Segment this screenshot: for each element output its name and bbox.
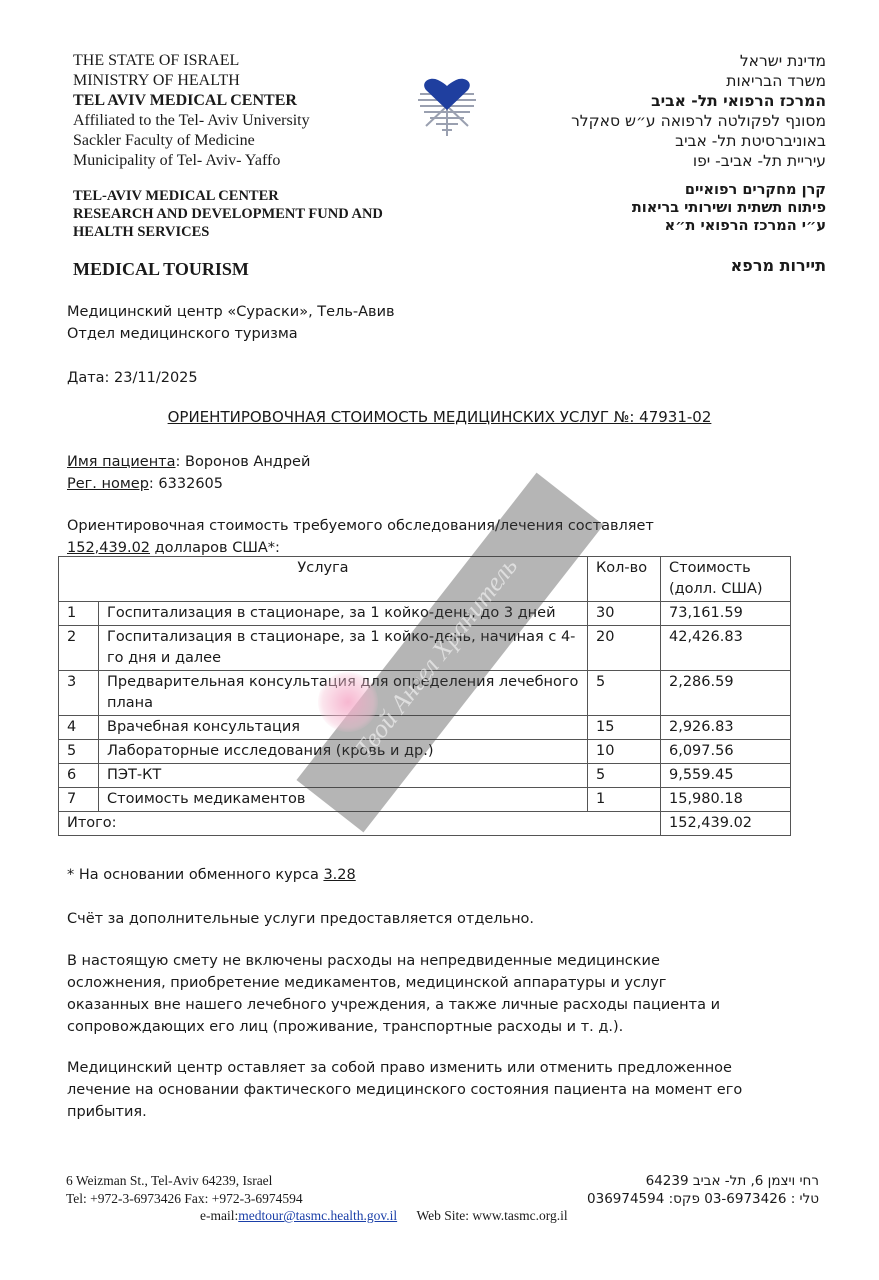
row-cost: 73,161.59 bbox=[661, 602, 791, 626]
letterhead-line: MINISTRY OF HEALTH bbox=[73, 71, 310, 91]
letterhead-line: Municipality of Tel- Aviv- Yaffo bbox=[73, 151, 310, 171]
row-service: Лабораторные исследования (кровь и др.) bbox=[99, 740, 588, 764]
letterhead-fund-english: TEL-AVIV MEDICAL CENTER RESEARCH AND DEV… bbox=[73, 187, 383, 241]
footer-address: 6 Weizman St., Tel-Aviv 64239, Israel bbox=[66, 1172, 303, 1190]
letterhead-line: Sackler Faculty of Medicine bbox=[73, 131, 310, 151]
table-row: 4Врачебная консультация152,926.83 bbox=[59, 716, 791, 740]
row-number: 3 bbox=[59, 671, 99, 716]
reg-number-label: Рег. номер bbox=[67, 476, 149, 492]
row-service: Госпитализация в стационаре, за 1 койко-… bbox=[99, 626, 588, 671]
table-row: 1Госпитализация в стационаре, за 1 койко… bbox=[59, 602, 791, 626]
row-cost: 6,097.56 bbox=[661, 740, 791, 764]
header-qty: Кол-во bbox=[588, 557, 661, 602]
letterhead-line: TEL AVIV MEDICAL CENTER bbox=[73, 91, 310, 111]
date-label: Дата: bbox=[67, 370, 114, 386]
email-link[interactable]: medtour@tasmc.health.gov.il bbox=[238, 1208, 397, 1223]
row-number: 6 bbox=[59, 764, 99, 788]
footer-hebrew: רחי ויצמן 6, תל- אביב 64239 טלי : 03-697… bbox=[587, 1172, 819, 1208]
letterhead-hebrew: מדינת ישראל משרד הבריאות המרכז הרפואי תל… bbox=[571, 51, 826, 171]
footer-address-he: רחי ויצמן 6, תל- אביב 64239 bbox=[587, 1172, 819, 1190]
row-service: Стоимость медикаментов bbox=[99, 788, 588, 812]
table-header-row: Услуга Кол-во Стоимость (долл. США) bbox=[59, 557, 791, 602]
exchange-rate-footnote: * На основании обменного курса 3.28 bbox=[67, 864, 356, 886]
patient-info: Имя пациента: Воронов Андрей Рег. номер:… bbox=[67, 451, 310, 495]
estimate-title: ОРИЕНТИРОВОЧНАЯ СТОИМОСТЬ МЕДИЦИНСКИХ УС… bbox=[168, 408, 712, 426]
cost-summary: Ориентировочная стоимость требуемого обс… bbox=[67, 515, 654, 559]
exchange-rate: 3.28 bbox=[323, 867, 355, 883]
fund-line: קרן מחקרים רפואיים bbox=[632, 181, 826, 199]
table-row: 6ПЭТ-КТ59,559.45 bbox=[59, 764, 791, 788]
organization-block: Медицинский центр «Сураски», Тель-Авив О… bbox=[67, 301, 395, 345]
row-cost: 2,286.59 bbox=[661, 671, 791, 716]
table-row: 5Лабораторные исследования (кровь и др.)… bbox=[59, 740, 791, 764]
header-cost: Стоимость (долл. США) bbox=[661, 557, 791, 602]
letterhead-line: THE STATE OF ISRAEL bbox=[73, 51, 310, 71]
total-value: 152,439.02 bbox=[661, 812, 791, 836]
org-department: Отдел медицинского туризма bbox=[67, 323, 395, 345]
footer-phone-he: טלי : 03-6973426 פקס: 036974594 bbox=[587, 1190, 819, 1208]
fund-line: ע״י המרכז הרפואי ת״א bbox=[632, 217, 826, 235]
footer-english: 6 Weizman St., Tel-Aviv 64239, Israel Te… bbox=[66, 1172, 303, 1208]
row-cost: 15,980.18 bbox=[661, 788, 791, 812]
table-total-row: Итого:152,439.02 bbox=[59, 812, 791, 836]
row-qty: 5 bbox=[588, 671, 661, 716]
date-value: 23/11/2025 bbox=[114, 370, 198, 386]
row-service: Врачебная консультация bbox=[99, 716, 588, 740]
row-number: 1 bbox=[59, 602, 99, 626]
footer-contacts: e-mail:medtour@tasmc.health.gov.il Web S… bbox=[200, 1208, 568, 1224]
summary-text: Ориентировочная стоимость требуемого обс… bbox=[67, 515, 654, 537]
row-service: Госпитализация в стационаре, за 1 койко-… bbox=[99, 602, 588, 626]
row-number: 7 bbox=[59, 788, 99, 812]
total-label: Итого: bbox=[59, 812, 661, 836]
fund-line: TEL-AVIV MEDICAL CENTER bbox=[73, 187, 383, 205]
letterhead-line: Affiliated to the Tel- Aviv University bbox=[73, 111, 310, 131]
page-title: ОРИЕНТИРОВОЧНАЯ СТОИМОСТЬ МЕДИЦИНСКИХ УС… bbox=[0, 408, 879, 426]
org-name: Медицинский центр «Сураски», Тель-Авив bbox=[67, 301, 395, 323]
document-date: Дата: 23/11/2025 bbox=[67, 367, 198, 389]
department-hebrew: תיירות מרפא bbox=[731, 256, 826, 275]
row-cost: 9,559.45 bbox=[661, 764, 791, 788]
row-number: 4 bbox=[59, 716, 99, 740]
note-additional-services: Счёт за дополнительные услуги предоставл… bbox=[67, 908, 534, 930]
row-qty: 1 bbox=[588, 788, 661, 812]
reg-number-row: Рег. номер: 6332605 bbox=[67, 473, 310, 495]
row-cost: 42,426.83 bbox=[661, 626, 791, 671]
row-qty: 10 bbox=[588, 740, 661, 764]
footnote-text: * На основании обменного курса bbox=[67, 867, 323, 883]
fund-line: HEALTH SERVICES bbox=[73, 223, 383, 241]
fund-line: פיתוח תשתית ושירותי בריאות bbox=[632, 199, 826, 217]
patient-name-row: Имя пациента: Воронов Андрей bbox=[67, 451, 310, 473]
letterhead-line: עיריית תל- אביב- יפו bbox=[571, 151, 826, 171]
patient-name-label: Имя пациента bbox=[67, 454, 176, 470]
row-qty: 15 bbox=[588, 716, 661, 740]
table-row: 3Предварительная консультация для опреде… bbox=[59, 671, 791, 716]
letterhead-line: באוניברסיטת תל- אביב bbox=[571, 131, 826, 151]
row-service: ПЭТ-КТ bbox=[99, 764, 588, 788]
summary-amount: 152,439.02 bbox=[67, 540, 150, 556]
letterhead-line: מסונף לפקולטה לרפואה ע״ש סאקלר bbox=[571, 111, 826, 131]
row-number: 2 bbox=[59, 626, 99, 671]
summary-currency: долларов США*: bbox=[150, 540, 280, 556]
header-service: Услуга bbox=[59, 557, 588, 602]
note-rights: Медицинский центр оставляет за собой пра… bbox=[67, 1057, 767, 1123]
row-qty: 20 bbox=[588, 626, 661, 671]
fund-line: RESEARCH AND DEVELOPMENT FUND AND bbox=[73, 205, 383, 223]
table-row: 7Стоимость медикаментов115,980.18 bbox=[59, 788, 791, 812]
letterhead-line: מדינת ישראל bbox=[571, 51, 826, 71]
row-cost: 2,926.83 bbox=[661, 716, 791, 740]
letterhead-english: THE STATE OF ISRAEL MINISTRY OF HEALTH T… bbox=[73, 51, 310, 171]
website: Web Site: www.tasmc.org.il bbox=[417, 1208, 568, 1223]
letterhead-line: משרד הבריאות bbox=[571, 71, 826, 91]
reg-number-value: : 6332605 bbox=[149, 476, 223, 492]
services-table: Услуга Кол-во Стоимость (долл. США) 1Гос… bbox=[58, 556, 791, 836]
letterhead-line: המרכז הרפואי תל- אביב bbox=[571, 91, 826, 111]
footer-phone: Tel: +972-3-6973426 Fax: +972-3-6974594 bbox=[66, 1190, 303, 1208]
row-qty: 5 bbox=[588, 764, 661, 788]
department-english: MEDICAL TOURISM bbox=[73, 259, 249, 280]
note-exclusions: В настоящую смету не включены расходы на… bbox=[67, 950, 747, 1038]
patient-name-value: : Воронов Андрей bbox=[176, 454, 311, 470]
row-service: Предварительная консультация для определ… bbox=[99, 671, 588, 716]
table-row: 2Госпитализация в стационаре, за 1 койко… bbox=[59, 626, 791, 671]
email-label: e-mail: bbox=[200, 1208, 238, 1223]
letterhead-fund-hebrew: קרן מחקרים רפואיים פיתוח תשתית ושירותי ב… bbox=[632, 181, 826, 235]
row-number: 5 bbox=[59, 740, 99, 764]
heart-star-logo-icon bbox=[416, 76, 478, 138]
row-qty: 30 bbox=[588, 602, 661, 626]
